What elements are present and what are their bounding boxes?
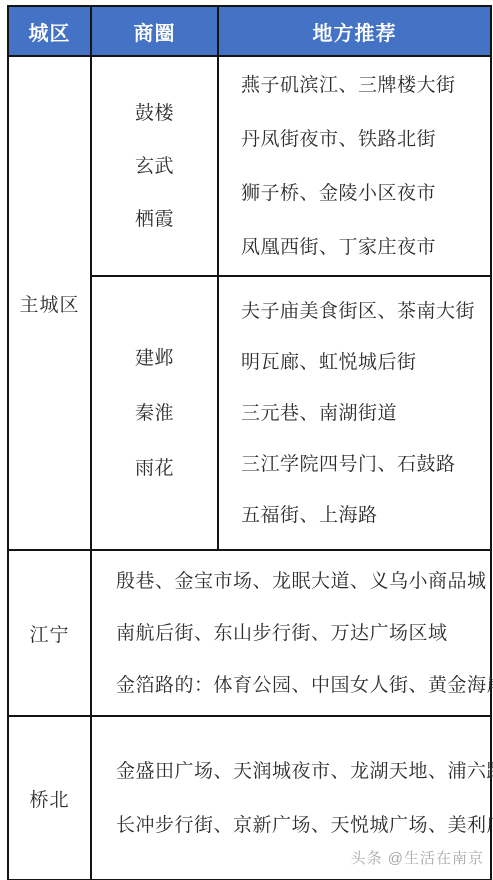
place-line: 夫子庙美食街区、茶南大街 [241,302,475,321]
place-line: 长冲步行街、京新广场、天悦城广场、美利广场 [116,816,493,835]
area-label: 秦淮 [135,404,174,423]
place-line: 殷巷、金宝市场、龙眠大道、义乌小商品城 [116,572,487,591]
table-row-main-group1: 主城区 鼓楼 玄武 栖霞 燕子矶滨江、三牌楼大街 丹凤街夜市、铁路北街 狮子桥、… [8,56,491,276]
place-line: 南航后街、东山步行街、万达广场区域 [116,624,448,643]
place-line: 凤凰西街、丁家庄夜市 [241,238,436,257]
area-label: 栖霞 [135,210,174,229]
places-cell-jiangning: 殷巷、金宝市场、龙眠大道、义乌小商品城 南航后街、东山步行街、万达广场区域 金箔… [91,550,491,716]
area-list: 鼓楼 玄武 栖霞 [92,57,217,275]
place-line: 金盛田广场、天润城夜市、龙湖天地、浦六路 [116,762,493,781]
district-recommendation-table: 城区 商圈 地方推荐 主城区 鼓楼 玄武 栖霞 燕子矶滨江、三牌楼大街 丹凤街夜… [7,5,492,880]
place-line: 燕子矶滨江、三牌楼大街 [241,76,456,95]
places-list: 夫子庙美食街区、茶南大街 明瓦廊、虹悦城后街 三元巷、南湖街道 三江学院四号门、… [219,277,490,549]
header-cell-area: 商圈 [91,6,218,56]
place-line: 五福街、上海路 [241,506,378,525]
places-list: 殷巷、金宝市场、龙眠大道、义乌小商品城 南航后街、东山步行街、万达广场区域 金箔… [92,551,490,715]
area-label: 建邺 [135,349,174,368]
header-cell-district: 城区 [8,6,91,56]
table-row-jiangning: 江宁 殷巷、金宝市场、龙眠大道、义乌小商品城 南航后街、东山步行街、万达广场区域… [8,550,491,716]
area-cell-main-group1: 鼓楼 玄武 栖霞 [91,56,218,276]
district-cell-jiangning: 江宁 [8,550,91,716]
places-cell-main-group2: 夫子庙美食街区、茶南大街 明瓦廊、虹悦城后街 三元巷、南湖街道 三江学院四号门、… [218,276,491,550]
place-line: 明瓦廊、虹悦城后街 [241,353,417,372]
place-line: 丹凤街夜市、铁路北街 [241,130,436,149]
district-cell-qiaobei: 桥北 [8,716,91,880]
watermark-toutiao-credit: 头条 @生活在南京 [351,847,484,868]
district-cell-main: 主城区 [8,56,91,550]
places-cell-main-group1: 燕子矶滨江、三牌楼大街 丹凤街夜市、铁路北街 狮子桥、金陵小区夜市 凤凰西街、丁… [218,56,491,276]
area-label: 雨花 [135,459,174,478]
table-header-row: 城区 商圈 地方推荐 [8,6,491,56]
page-background: 城区 商圈 地方推荐 主城区 鼓楼 玄武 栖霞 燕子矶滨江、三牌楼大街 丹凤街夜… [0,0,493,880]
area-list: 建邺 秦淮 雨花 [92,277,217,549]
places-list: 燕子矶滨江、三牌楼大街 丹凤街夜市、铁路北街 狮子桥、金陵小区夜市 凤凰西街、丁… [219,57,490,275]
area-cell-main-group2: 建邺 秦淮 雨花 [91,276,218,550]
place-line: 三江学院四号门、石鼓路 [241,455,456,474]
place-line: 狮子桥、金陵小区夜市 [241,184,436,203]
header-cell-places: 地方推荐 [218,6,491,56]
place-line: 金箔路的：体育公园、中国女人街、黄金海岸 [116,676,493,695]
area-label: 玄武 [135,157,174,176]
place-line: 三元巷、南湖街道 [241,404,397,423]
area-label: 鼓楼 [135,104,174,123]
